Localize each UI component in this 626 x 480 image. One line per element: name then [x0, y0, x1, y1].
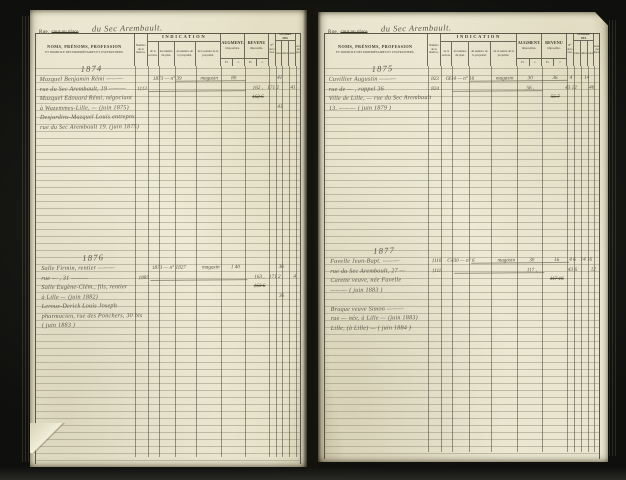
entry-line: ——— ( juin 1883 ): [330, 286, 382, 293]
photo-bottom-shadow: [0, 467, 626, 480]
entry-line: à Lille — (juin 1882): [41, 293, 98, 300]
register-section-1876: 1876Salle Firmin, rentier ———rue — , 31 …: [35, 10, 305, 467]
scanned-register-photo: Rue,cour ou placedu Sec Arembault. NOMS,…: [0, 0, 626, 480]
entry-figure: 43 6: [568, 266, 577, 272]
handwritten-entries: 1874Mazquel Benjamin Rémi ———rue du Sec …: [35, 10, 301, 467]
entry-figure: 171 2: [269, 273, 281, 279]
entry-underline-stroke: [455, 272, 545, 274]
book-spine-gutter: [303, 8, 321, 470]
entry-figure: 117 16: [550, 276, 564, 282]
entry-figure: 4: [293, 273, 296, 279]
entry-figure: 36: [279, 292, 284, 298]
entry-line: pharmacien, rue des Ponchers, 30 bis: [42, 312, 143, 320]
entry-underline-stroke: [150, 279, 247, 281]
register-page: Rue,cour ou placedu Sec Arembault. NOMS,…: [30, 10, 307, 467]
entry-line: Salle Firmin, rentier ———: [41, 264, 115, 272]
entry-line: Carette veuve, née Favelle: [330, 276, 401, 284]
entry-line: ( juin 1883 ): [42, 322, 75, 329]
entry-figure: 1885: [139, 275, 149, 281]
register-section-1877: 1877Favelle Jean-Bapt. ———rue du Sec Are…: [324, 12, 604, 462]
entry-figure: magasin: [202, 264, 220, 270]
entry-line: rue du Sec Arembault, 27 —: [330, 267, 405, 275]
entry-figure: 4 6: [569, 257, 576, 263]
entry-line: Leroux-Derick Louis Joseph: [42, 302, 117, 310]
entry-line: Lille, (à Lille) — ( juin 1884 ): [331, 324, 411, 332]
entry-year: 1876: [82, 252, 104, 263]
register-page: Rue,cour ou placedu Sec Arembault. NOMS,…: [318, 12, 608, 462]
entry-figure: 1110: [432, 258, 442, 264]
entry-underline-stroke: [471, 262, 569, 264]
entry-line: rue — , 31 ———: [41, 274, 88, 281]
entry-line: Salle Eugène-Clém., fils, rentier: [41, 283, 127, 291]
entry-figure: 1 40: [231, 264, 240, 270]
page-stack-edge-right: [609, 20, 617, 456]
entry-figure: 163 6: [254, 283, 266, 289]
entry-figure: 1111: [432, 267, 441, 273]
entry-figure: 14 16: [580, 257, 592, 263]
page-stack-edge-left: [22, 16, 30, 462]
entry-line: Braque veuve Simon ———: [331, 305, 404, 313]
handwritten-entries: 1875Cuvillier Augustin ———rue de — , rap…: [324, 12, 600, 462]
entry-figure: 12: [591, 266, 596, 272]
entry-line: Favelle Jean-Bapt. ———: [330, 257, 400, 265]
entry-figure: 36: [279, 264, 284, 270]
entry-figure: 163 ,: [254, 274, 264, 280]
entry-year: 1877: [373, 245, 395, 256]
entry-figure: 1873 — n° 1827: [152, 265, 186, 271]
entry-line: rue — née, à Lille — (juin 1883): [331, 314, 418, 322]
